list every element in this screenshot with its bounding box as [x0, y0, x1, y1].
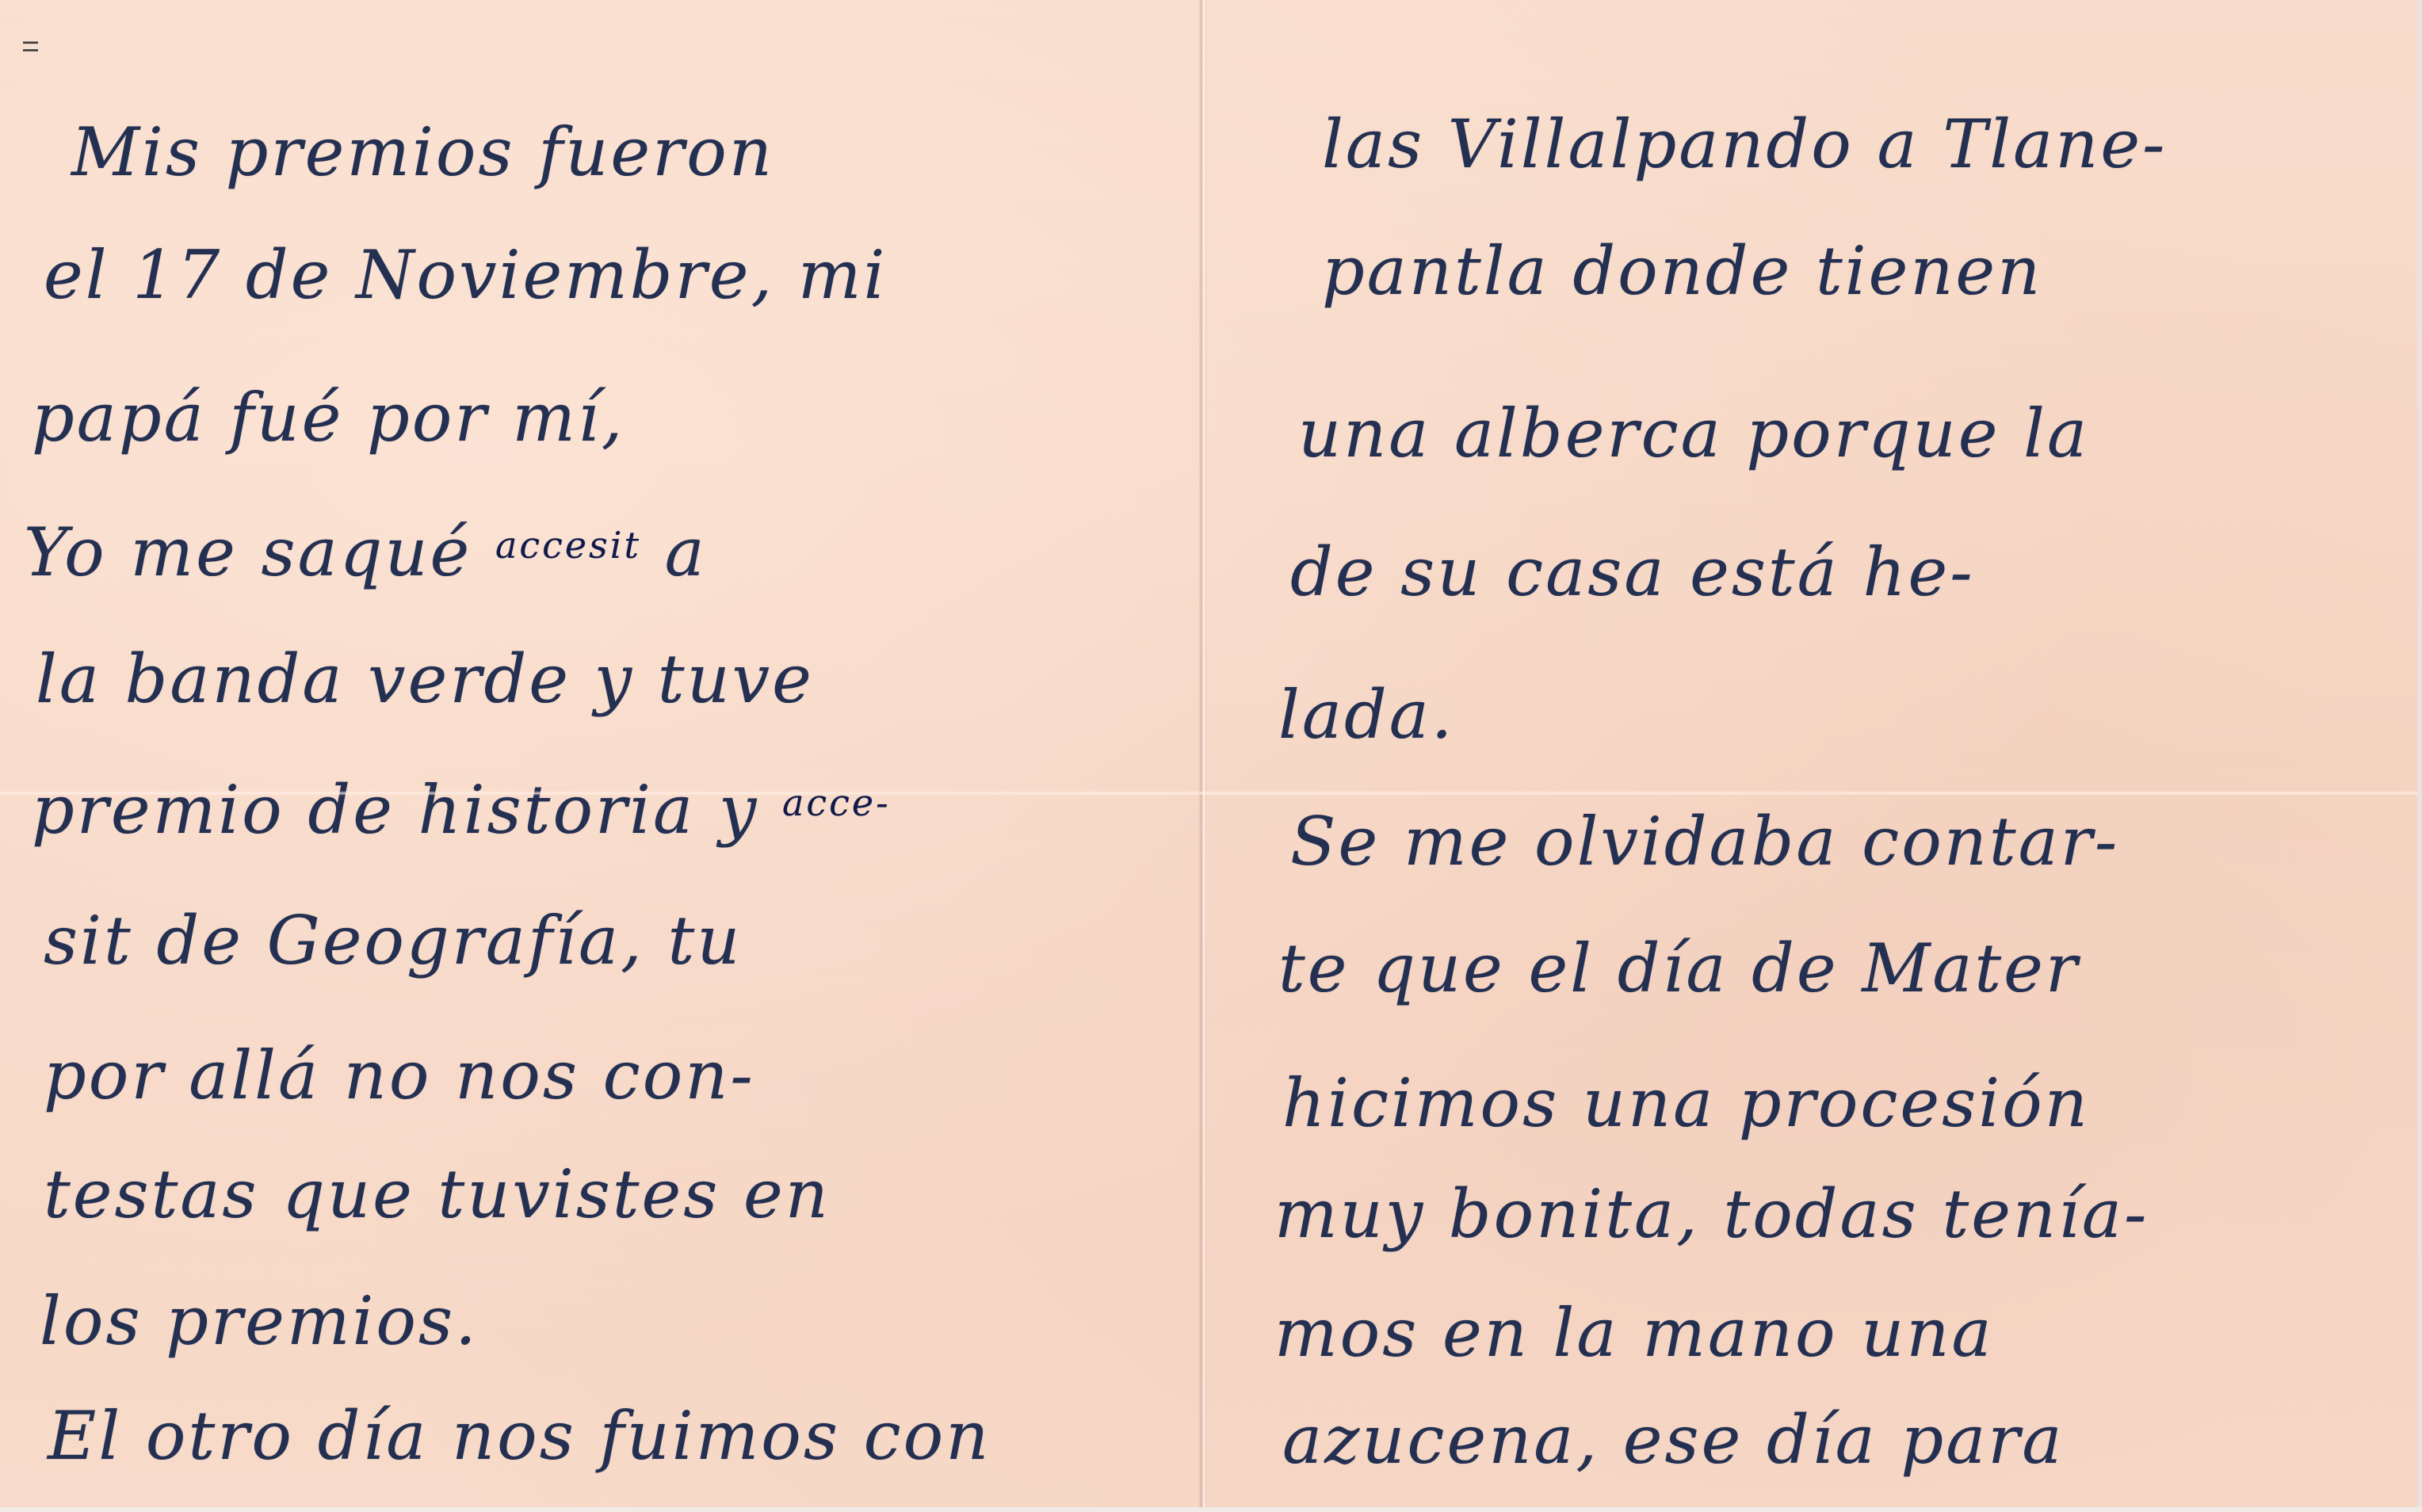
handwritten-line: testas que tuvistes en	[44, 1161, 831, 1228]
paper-bottom-edge	[0, 1507, 2422, 1512]
handwritten-line: hicimos una procesión	[1282, 1070, 2090, 1136]
handwritten-line: mos en la mano una	[1274, 1300, 1994, 1366]
handwritten-line: Mis premios fueron	[71, 119, 774, 185]
left-page: II Mis premios fueron el 17 de Noviembre…	[0, 0, 1203, 1512]
handwritten-line: por allá no nos con-	[44, 1042, 755, 1109]
handwritten-line: los premios.	[40, 1288, 479, 1354]
handwritten-line: lada.	[1278, 682, 1455, 748]
handwritten-line: azucena, ese día para	[1282, 1407, 2065, 1473]
handwritten-line: premio de historia y acce-	[32, 777, 891, 843]
inserted-word: acce-	[782, 781, 891, 824]
handwritten-line: papá fué por mí,	[32, 384, 625, 451]
handwritten-line: la banda verde y tuve	[36, 646, 814, 712]
handwritten-line: te que el día de Mater	[1278, 935, 2080, 1002]
handwritten-line: muy bonita, todas tenía-	[1274, 1181, 2149, 1247]
horizontal-fold-crease	[0, 791, 2422, 796]
paper-right-edge	[2417, 0, 2422, 1512]
handwritten-line: sit de Geografía, tu	[44, 907, 742, 974]
inserted-word: accesit	[495, 524, 641, 567]
page-number-mark: II	[17, 40, 41, 55]
right-page: las Villalpando a Tlane- pantla donde ti…	[1203, 0, 2422, 1512]
vertical-fold-crease	[1198, 0, 1208, 1512]
handwritten-line: El otro día nos fuimos con	[48, 1403, 991, 1469]
handwritten-line: una alberca porque la	[1298, 400, 2089, 467]
handwritten-line: pantla donde tienen	[1322, 238, 2042, 304]
handwritten-line: el 17 de Noviembre, mi	[44, 242, 887, 308]
handwritten-line: de su casa está he-	[1290, 539, 1975, 605]
handwritten-line: Yo me saqué accesit a	[24, 519, 707, 586]
handwritten-line: las Villalpando a Tlane-	[1322, 111, 2167, 178]
scanned-letter: II Mis premios fueron el 17 de Noviembre…	[0, 0, 2422, 1512]
handwritten-line: Se me olvidaba contar-	[1290, 808, 2119, 875]
